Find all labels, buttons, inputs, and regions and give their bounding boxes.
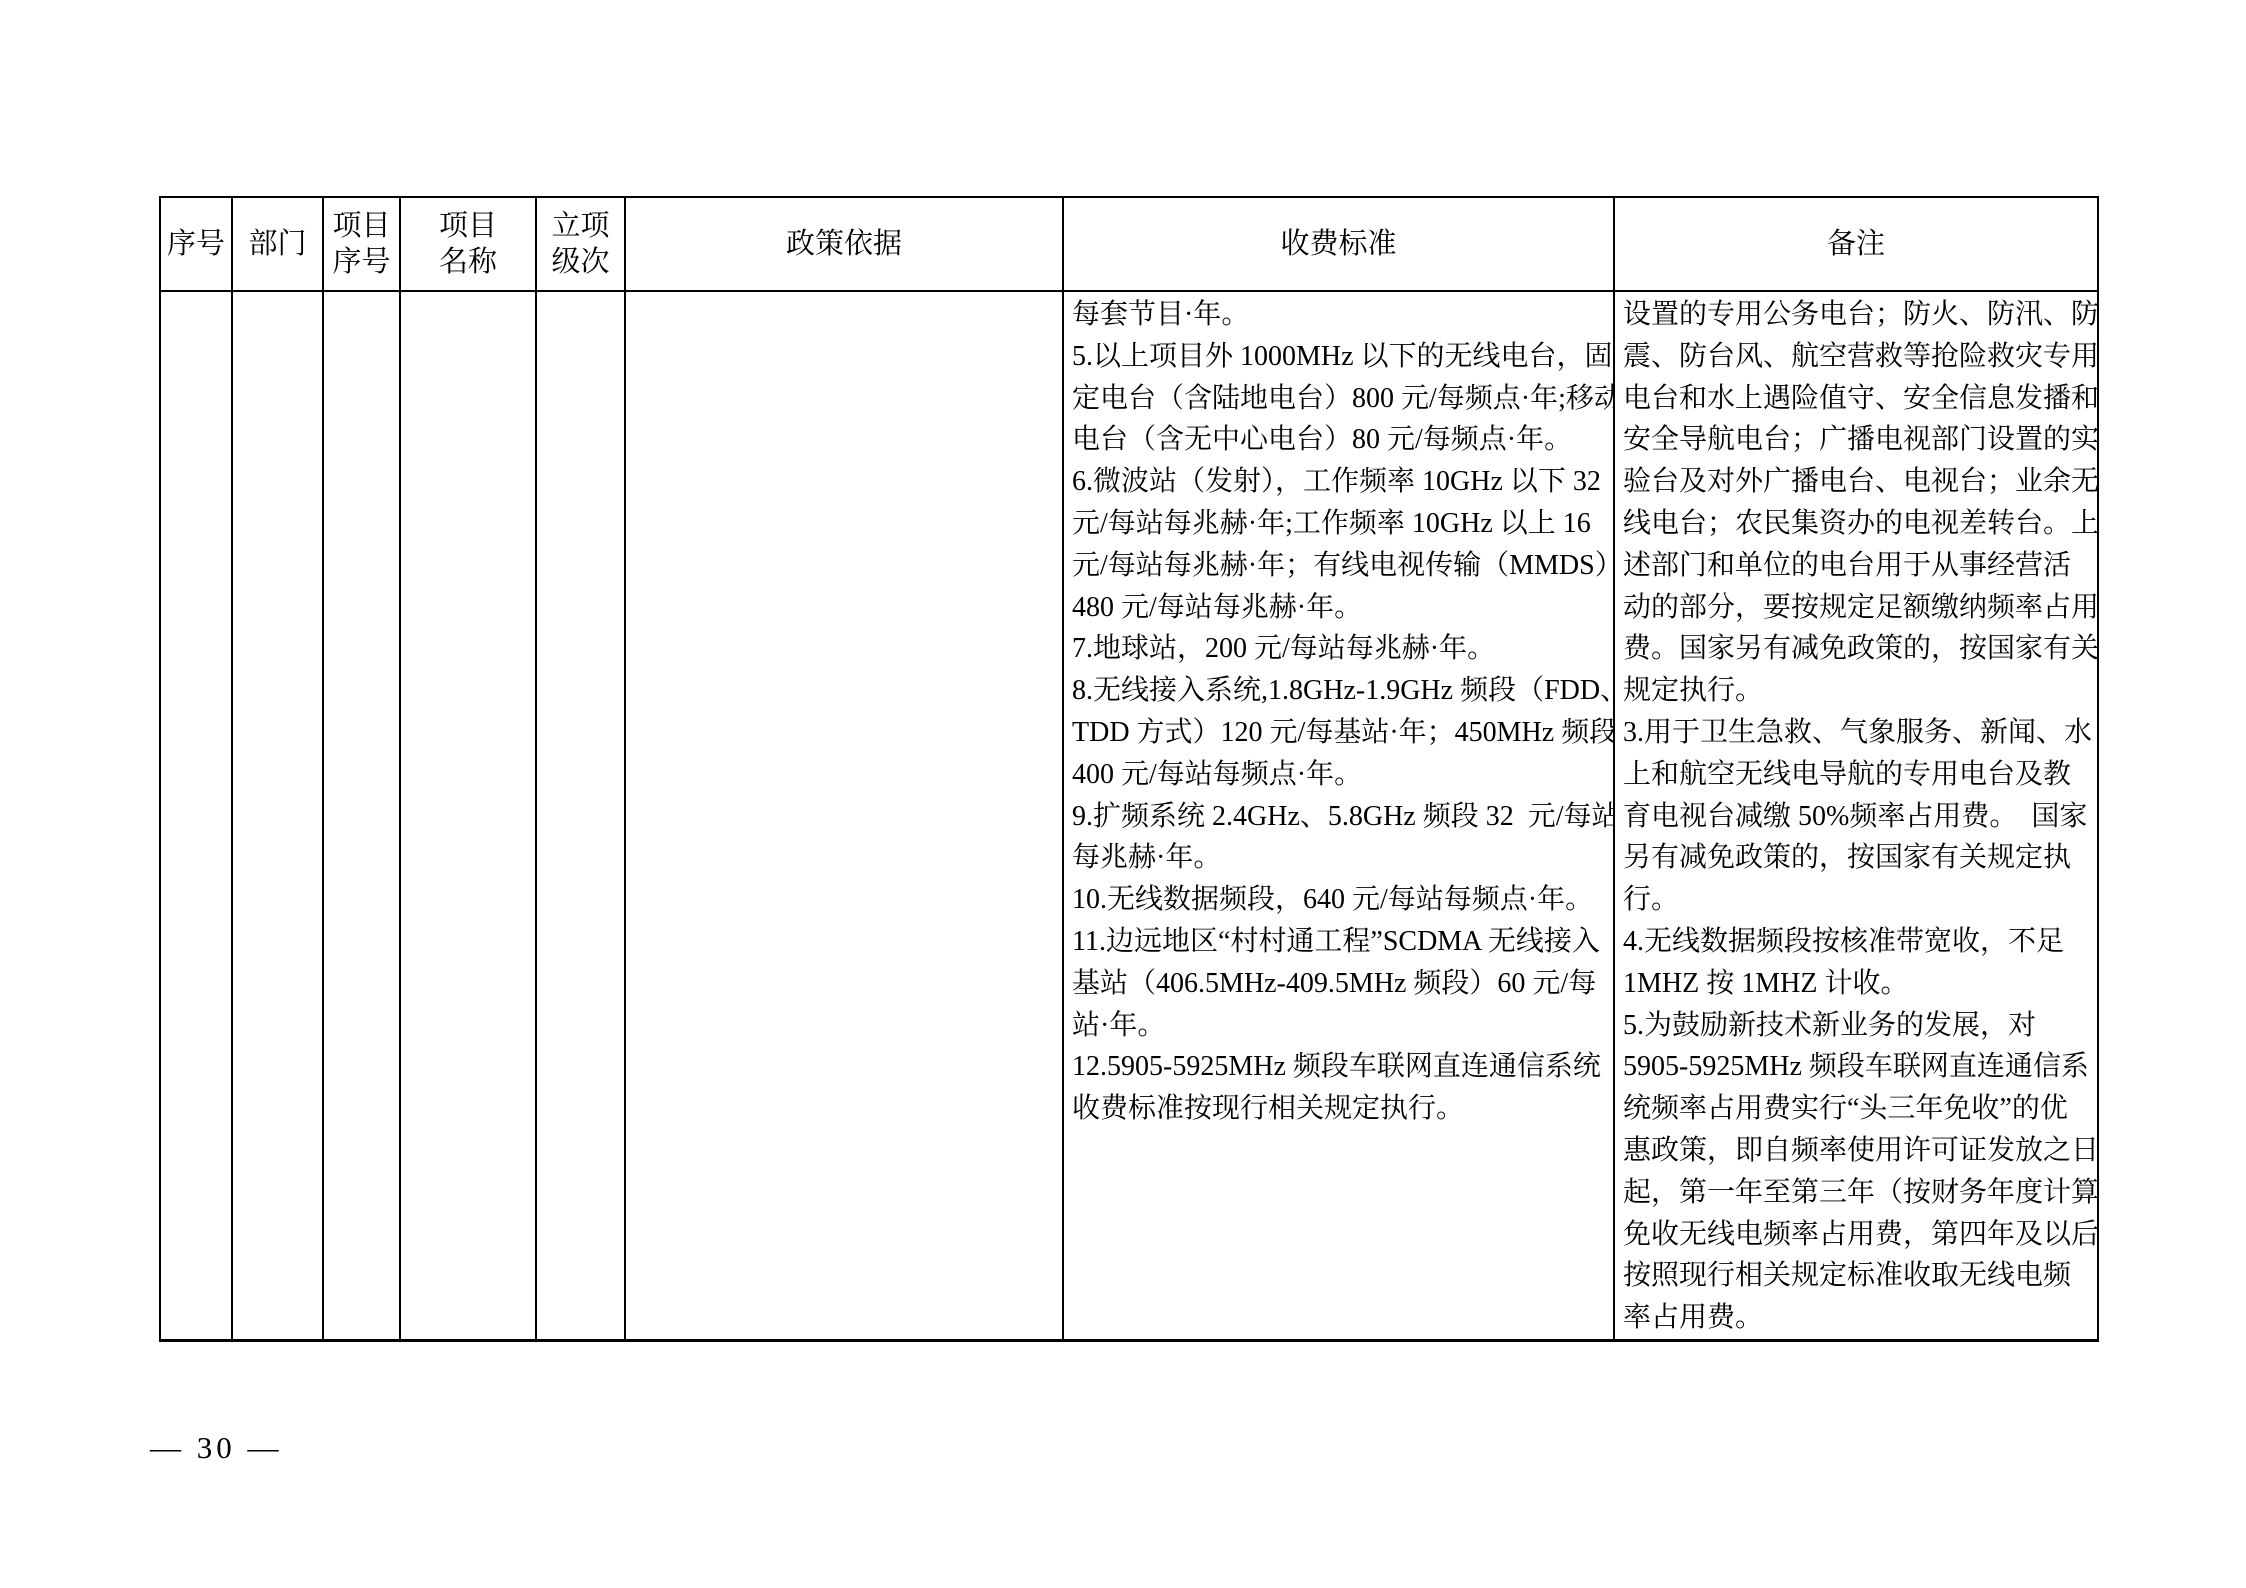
- header-cell-xiangmu-mingcheng: 项目 名称: [400, 197, 536, 291]
- header-cell-beizhu: 备注: [1614, 197, 2098, 291]
- cell-bumen: [232, 291, 323, 1340]
- cell-xuhao: [160, 291, 232, 1340]
- header-cell-xiangmu-xuhao: 项目 序号: [323, 197, 400, 291]
- fee-standards-table: 序号 部门 项目 序号 项目 名称 立项 级次 政策依据 收费标准 备注 每套节…: [159, 196, 2099, 1342]
- header-cell-xuhao: 序号: [160, 197, 232, 291]
- cell-xiangmu-mingcheng: [400, 291, 536, 1340]
- cell-xiangmu-xuhao: [323, 291, 400, 1340]
- cell-beizhu: 设置的专用公务电台；防火、防汛、防 震、防台风、航空营救等抢险救灾专用 电台和水…: [1614, 291, 2098, 1340]
- table-header-row: 序号 部门 项目 序号 项目 名称 立项 级次 政策依据 收费标准 备注: [160, 197, 2098, 291]
- header-cell-bumen: 部门: [232, 197, 323, 291]
- cell-lixiang-jici: [536, 291, 625, 1340]
- cell-shoufei-biaozhun: 每套节目·年。 5.以上项目外 1000MHz 以下的无线电台，固 定电台（含陆…: [1063, 291, 1614, 1340]
- table-body-row: 每套节目·年。 5.以上项目外 1000MHz 以下的无线电台，固 定电台（含陆…: [160, 291, 2098, 1340]
- header-cell-lixiang-jici: 立项 级次: [536, 197, 625, 291]
- header-cell-zhengce-yiju: 政策依据: [625, 197, 1063, 291]
- page-number: — 30 —: [150, 1430, 283, 1466]
- cell-zhengce-yiju: [625, 291, 1063, 1340]
- header-cell-shoufei-biaozhun: 收费标准: [1063, 197, 1614, 291]
